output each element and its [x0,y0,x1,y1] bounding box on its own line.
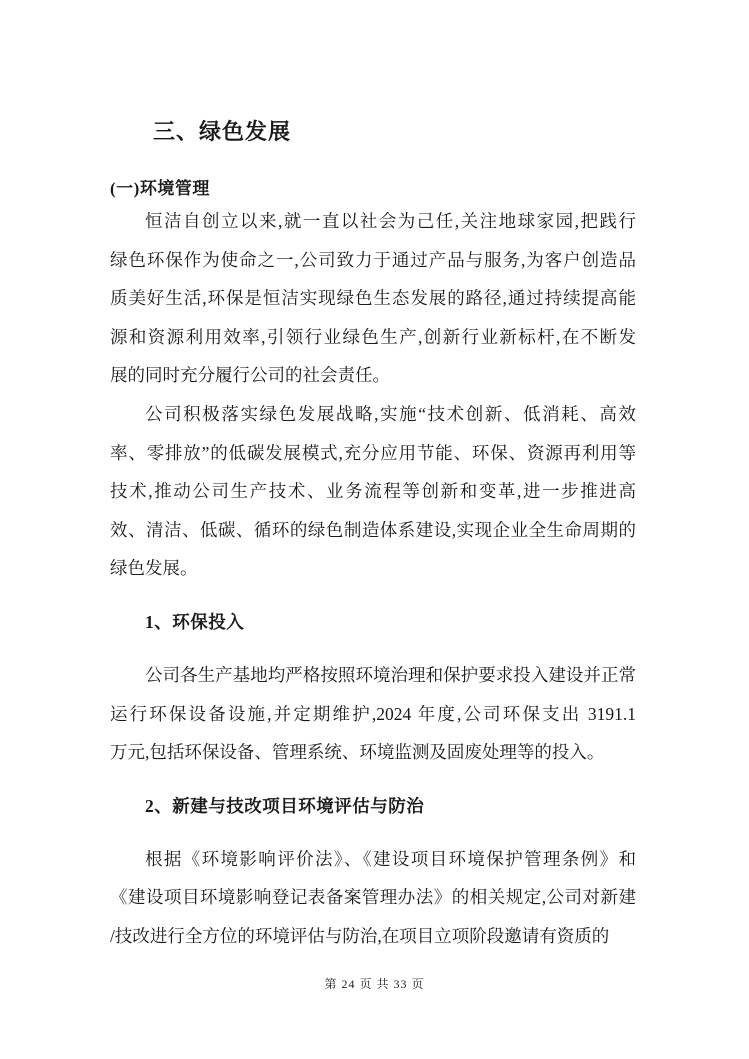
subsection-heading-2: 2、新建与技改项目环境评估与防治 [110,791,636,821]
text-line: 绿色环保作为使命之一,公司致力于通过产品与服务,为客户创造品 [110,241,636,280]
section-heading: (一)环境管理 [110,176,636,201]
text-line: 《建设项目环境影响登记表备案管理办法》的相关规定,公司对新建 [110,878,636,917]
text-line: 公司积极落实绿色发展战略,实施“技术创新、低消耗、高效 [110,395,636,434]
text-line: 绿色发展。 [110,549,636,588]
text-line: 效、清洁、低碳、循环的绿色制造体系建设,实现企业全生命周期的 [110,511,636,550]
text-line: 展的同时充分履行公司的社会责任。 [110,356,636,395]
text-line: 源和资源利用效率,引领行业绿色生产,创新行业新标杆,在不断发 [110,318,636,357]
text-line: 技术,推动公司生产技术、业务流程等创新和变革,进一步推进高 [110,472,636,511]
text-line: /技改进行全方位的环境评估与防治,在项目立项阶段邀请有资质的 [110,917,636,956]
text-line: 恒洁自创立以来,就一直以社会为己任,关注地球家园,把践行 [110,202,636,241]
text-line: 公司各生产基地均严格按照环境治理和保护要求投入建设并正常 [110,656,636,695]
body-paragraph: 根据《环境影响评价法》、《建设项目环境保护管理条例》和 《建设项目环境影响登记表… [110,840,636,956]
subsection-heading-1: 1、环保投入 [110,607,636,637]
document-page: 三、绿色发展 (一)环境管理 恒洁自创立以来,就一直以社会为己任,关注地球家园,… [0,0,749,1059]
text-line: 万元,包括环保设备、管理系统、环境监测及固废处理等的投入。 [110,733,636,772]
body-paragraph: 公司积极落实绿色发展战略,实施“技术创新、低消耗、高效 率、零排放”的低碳发展模… [110,395,636,588]
body-paragraph: 恒洁自创立以来,就一直以社会为己任,关注地球家园,把践行 绿色环保作为使命之一,… [110,202,636,395]
text-line: 率、零排放”的低碳发展模式,充分应用节能、环保、资源再利用等 [110,434,636,473]
page-footer: 第 24 页 共 33 页 [0,974,749,994]
chapter-title: 三、绿色发展 [110,116,636,148]
body-paragraph: 公司各生产基地均严格按照环境治理和保护要求投入建设并正常 运行环保设备设施,并定… [110,656,636,772]
text-line: 运行环保设备设施,并定期维护,2024 年度,公司环保支出 3191.1 [110,695,636,734]
text-line: 根据《环境影响评价法》、《建设项目环境保护管理条例》和 [110,840,636,879]
text-line: 质美好生活,环保是恒洁实现绿色生态发展的路径,通过持续提高能 [110,279,636,318]
